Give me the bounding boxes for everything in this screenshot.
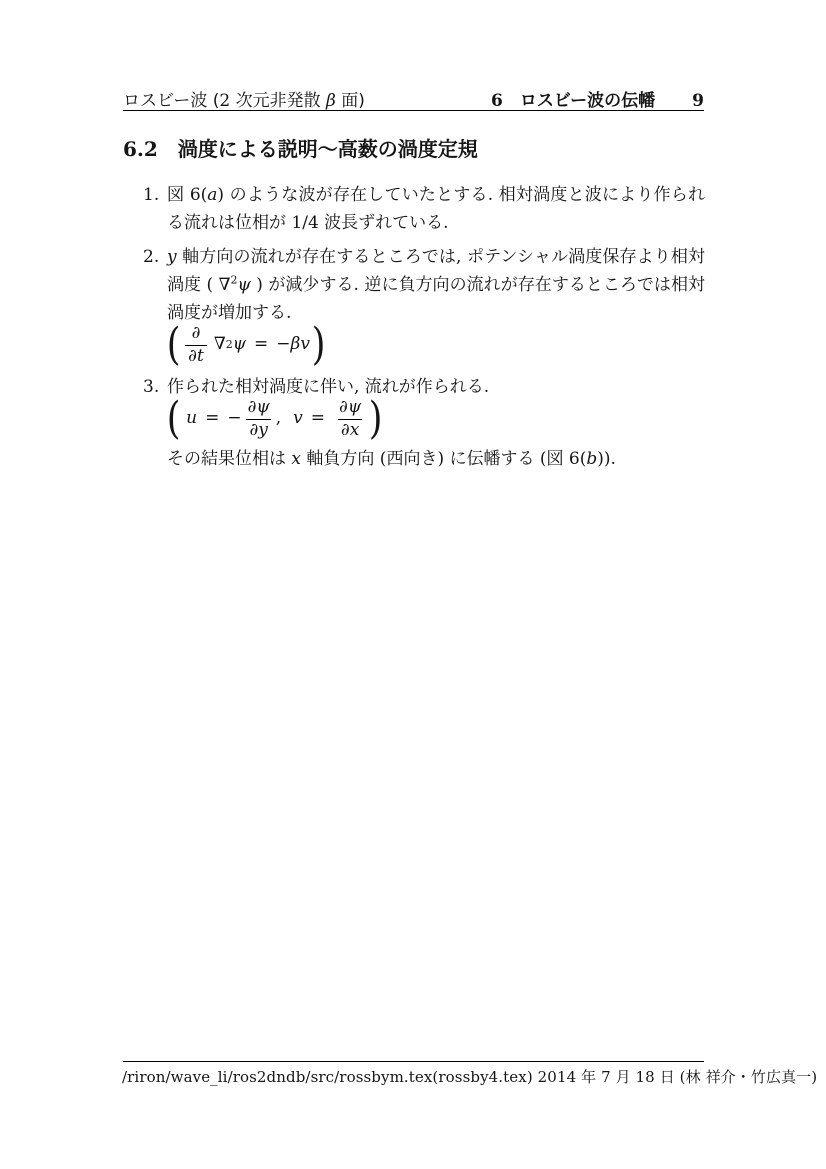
item-text-segment: )). <box>597 449 616 469</box>
math-var-y: y <box>167 247 177 267</box>
fraction-denominator: ∂x <box>338 419 362 441</box>
partial-symbol: ∂ <box>339 397 348 417</box>
psi-symbol: ψ <box>348 397 361 417</box>
result-text: その結果位相は x 軸負方向 (西向き) に伝幡する (図 6(b)). <box>167 445 705 473</box>
section-heading: 6.2 渦度による説明～高薮の渦度定規 <box>123 133 478 162</box>
fraction-ddt: ∂ ∂t <box>185 324 207 366</box>
partial-symbol: ∂ <box>249 420 258 440</box>
nabla-symbol: ∇ <box>214 335 226 355</box>
math-var-v: v <box>293 409 303 429</box>
list-item-1: 1. 図 6(a) のような波が存在していたとする. 相対渦度と波により作られる… <box>123 181 705 237</box>
equals-sign: = <box>254 335 268 355</box>
left-paren: ( <box>167 397 181 441</box>
item-text: 図 6(a) のような波が存在していたとする. 相対渦度と波により作られる流れは… <box>167 181 705 237</box>
math-var-y: y <box>258 420 268 440</box>
footer-rule <box>123 1061 704 1062</box>
psi-symbol: ψ <box>237 275 250 295</box>
nabla-symbol: ∇ <box>219 275 231 295</box>
section-number: 6.2 <box>123 137 158 161</box>
fraction-numerator: ∂ψ <box>336 398 364 419</box>
footer-text: /riron/wave_li/ros2dndb/src/rossbym.tex(… <box>122 1066 722 1087</box>
running-title-text: 次元非発散 <box>230 91 326 111</box>
math-var-u: u <box>186 409 197 429</box>
psi-symbol: ψ <box>233 335 246 355</box>
right-paren: ) <box>312 323 326 367</box>
math-var-t: t <box>197 346 204 366</box>
item-text-segment: 図 6( <box>167 185 207 205</box>
fraction-denominator: ∂t <box>185 345 207 367</box>
list-item-3: 3. 作られた相対渦度に伴い, 流れが作られる. ( u = − ∂ψ ∂y ,… <box>123 373 705 473</box>
fraction-numerator: ∂ <box>189 324 204 345</box>
item-number: 2. <box>143 243 159 271</box>
running-title-text: ロスビー波 ( <box>123 91 219 111</box>
math-var-v: v <box>300 335 310 355</box>
header-section-title: ロスビー波の伝幡 <box>520 86 655 111</box>
running-section: 6 ロスビー波の伝幡 9 <box>491 86 704 111</box>
minus-sign: − <box>227 409 241 429</box>
beta-symbol: β <box>326 91 336 111</box>
running-title-text: 面) <box>336 91 365 111</box>
header-section-number: 6 <box>491 91 503 111</box>
section-title: 渦度による説明～高薮の渦度定規 <box>178 133 478 162</box>
fraction-numerator: ∂ψ <box>245 398 273 419</box>
partial-symbol: ∂ <box>341 420 350 440</box>
right-paren: ) <box>369 397 383 441</box>
item-number: 3. <box>143 373 159 401</box>
math-var-b: b <box>586 449 597 469</box>
vorticity-equation: ( ∂ ∂t ∇2ψ = −βv ) <box>165 323 705 367</box>
math-var-a: a <box>207 185 217 205</box>
header-rule <box>123 110 704 111</box>
psi-symbol: ψ <box>256 397 269 417</box>
equals-sign: = <box>311 409 325 429</box>
velocity-equation: ( u = − ∂ψ ∂y , v = ∂ψ ∂x ) <box>165 397 705 441</box>
beta-symbol: β <box>291 335 301 355</box>
header-page-number: 9 <box>692 91 704 111</box>
item-text-segment: 軸負方向 (西向き) に伝幡する (図 6( <box>301 449 586 469</box>
fraction-dpsi-dx: ∂ψ ∂x <box>336 398 364 440</box>
equals-sign: = <box>205 409 219 429</box>
math-var-x: x <box>291 449 301 469</box>
partial-symbol: ∂ <box>188 346 197 366</box>
list-item-2: 2. y 軸方向の流れが存在するところでは, ポテンシャル渦度保存より相対渦度 … <box>123 243 705 367</box>
left-paren: ( <box>167 323 181 367</box>
item-text-segment: 作られた相対渦度に伴い, 流れが作られる. <box>167 377 489 397</box>
running-title: ロスビー波 (2 次元非発散 β 面) <box>123 86 365 111</box>
comma: , <box>276 409 281 429</box>
item-number: 1. <box>143 181 159 209</box>
running-title-number: 2 <box>219 91 230 111</box>
item-text-segment: その結果位相は <box>167 449 291 469</box>
item-text-segment: ) のような波が存在していたとする. 相対渦度と波により作られる流れは位相が 1… <box>167 185 705 233</box>
math-var-x: x <box>350 420 360 440</box>
minus-sign: − <box>276 335 290 355</box>
item-text: y 軸方向の流れが存在するところでは, ポテンシャル渦度保存より相対渦度 ( ∇… <box>167 243 705 327</box>
document-page: ロスビー波 (2 次元非発散 β 面) 6 ロスビー波の伝幡 9 6.2 渦度に… <box>0 0 826 1169</box>
page-header: ロスビー波 (2 次元非発散 β 面) 6 ロスビー波の伝幡 9 <box>123 86 704 111</box>
fraction-dpsi-dy: ∂ψ ∂y <box>245 398 273 440</box>
main-content: 1. 図 6(a) のような波が存在していたとする. 相対渦度と波により作られる… <box>123 181 705 479</box>
fraction-denominator: ∂y <box>246 419 270 441</box>
